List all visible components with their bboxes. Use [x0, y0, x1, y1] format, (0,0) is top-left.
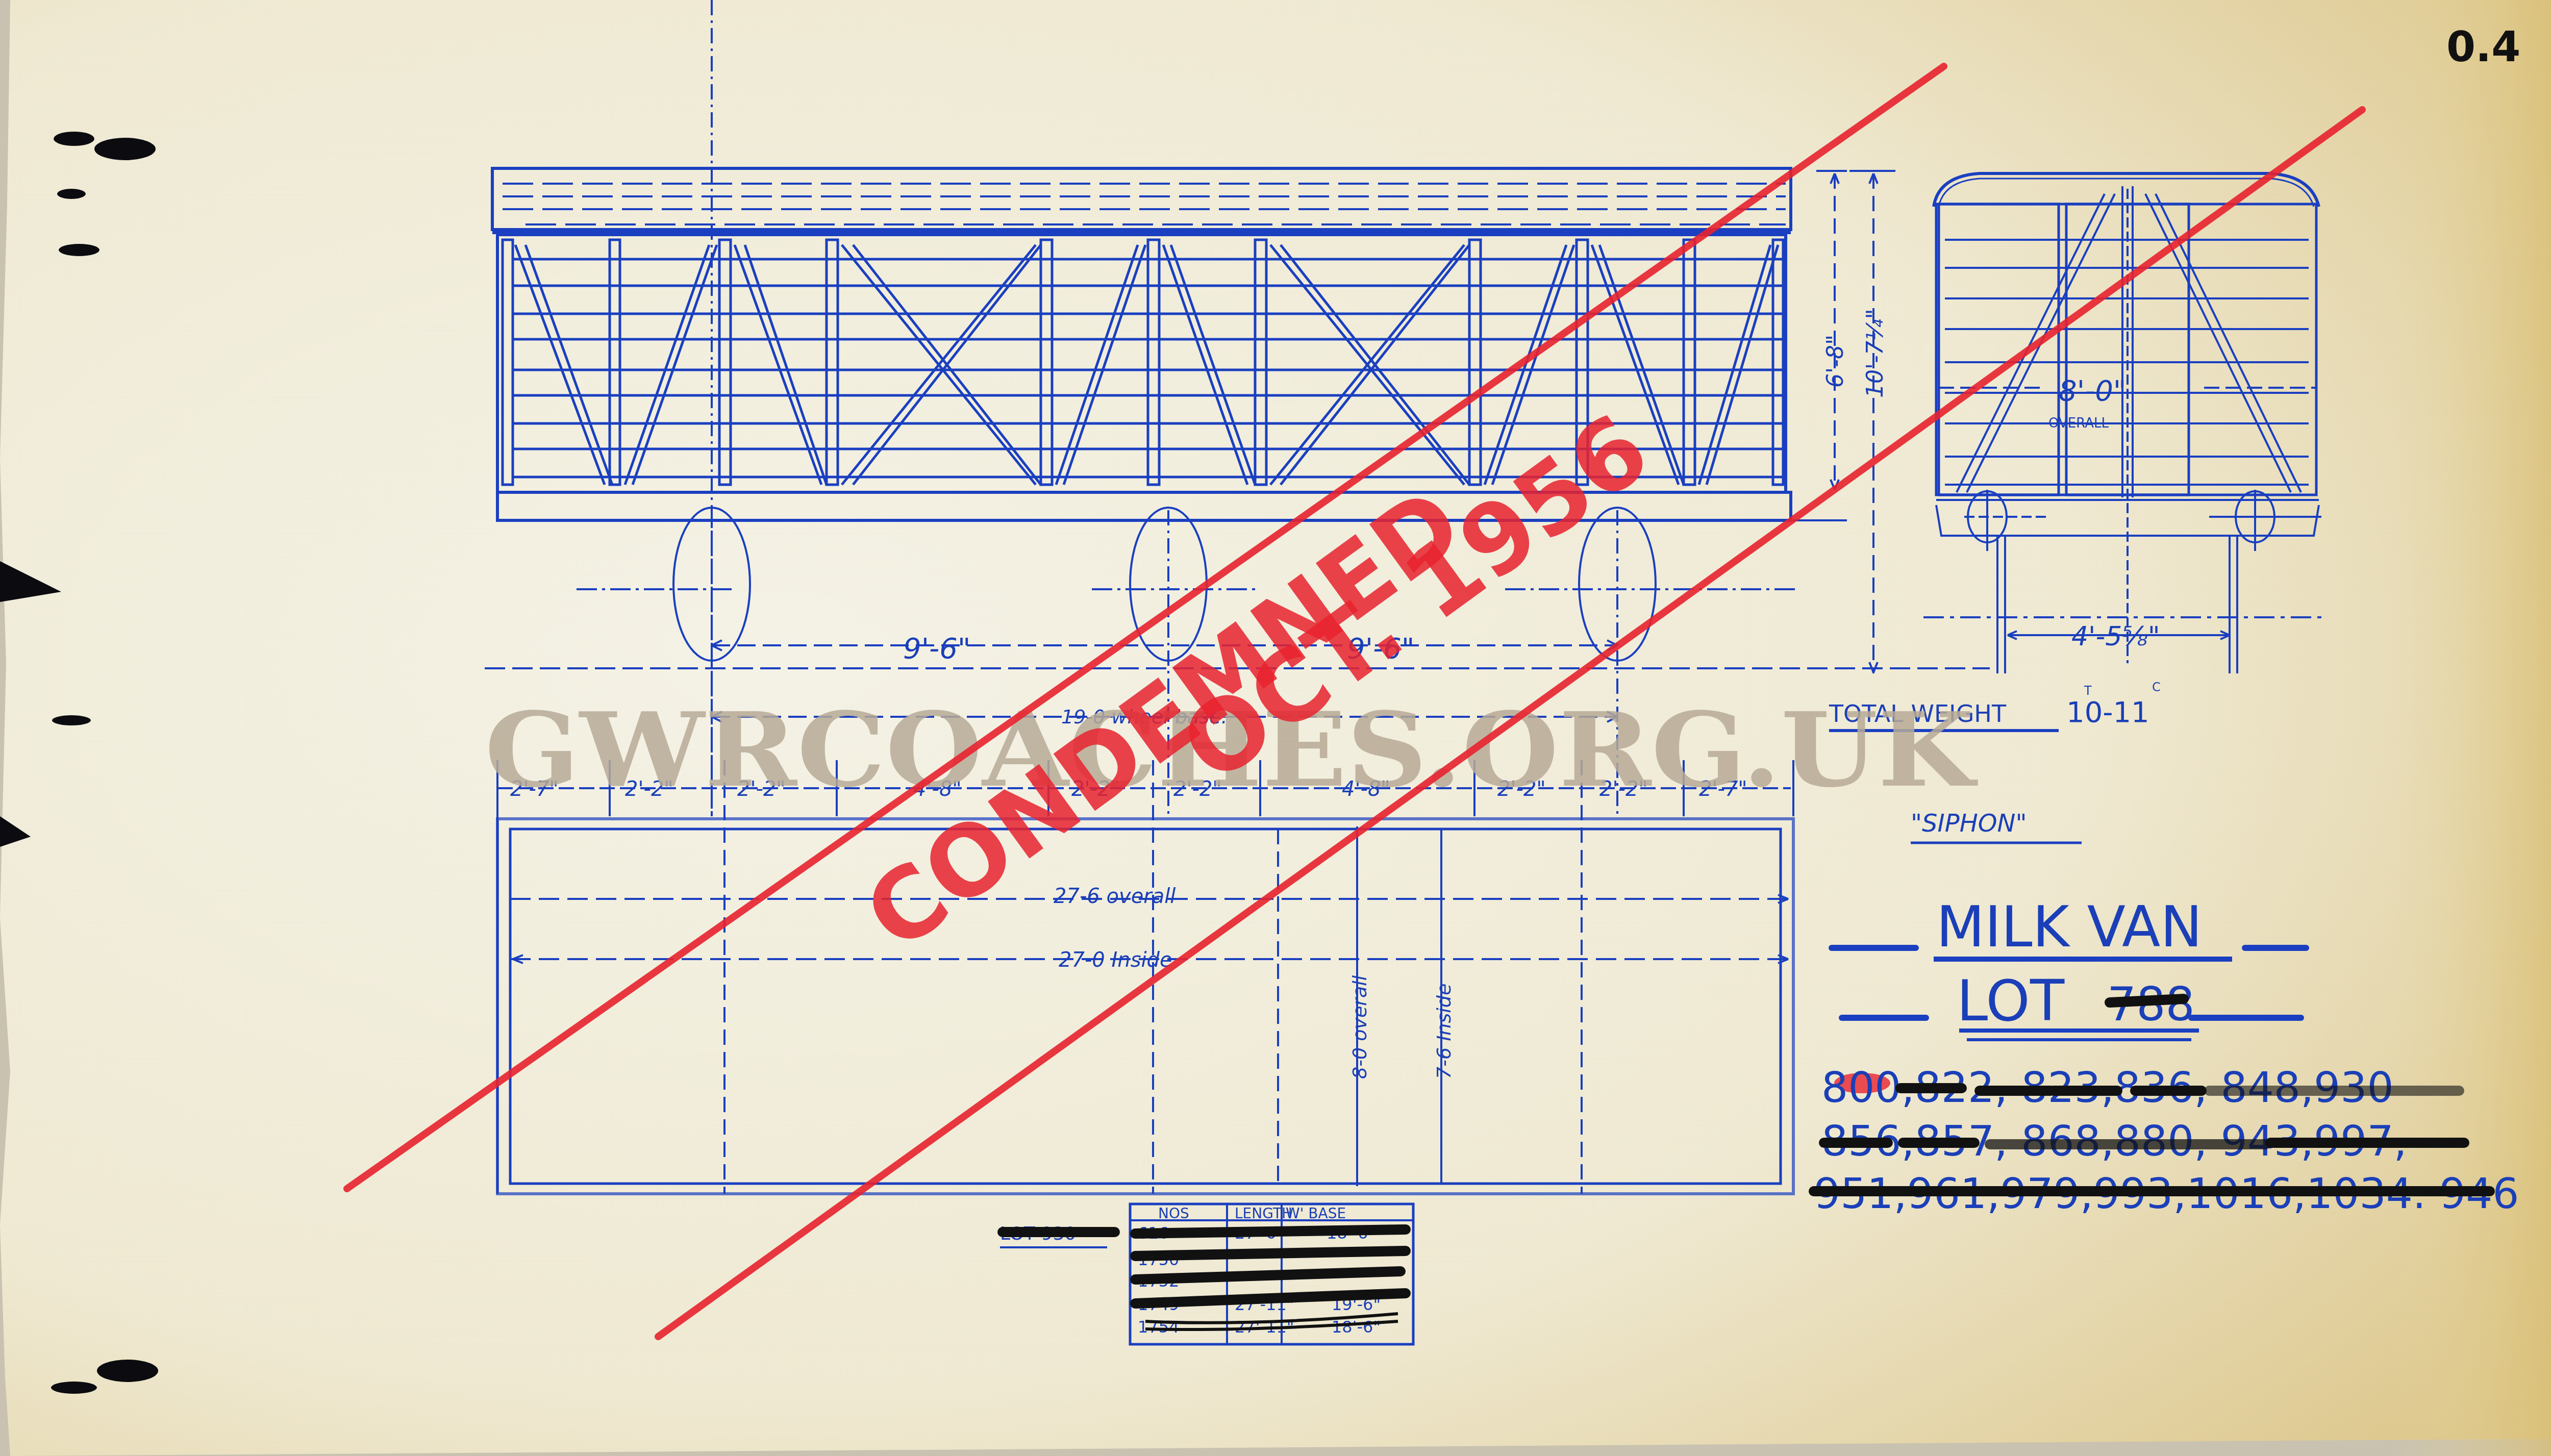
dim-end-width-note: OVERALL: [2048, 416, 2109, 431]
total-weight-cwt-unit: C: [2152, 680, 2161, 694]
total-weight-tons-unit: T: [2084, 684, 2092, 698]
title-milk-van: MILK VAN: [1936, 894, 2202, 960]
lot-table-row: 1754 27'-11" 18'-6": [1138, 1314, 1398, 1337]
dim-overall-height: 10'-7¼": [1862, 309, 1888, 398]
lot-table-header-nos: NOS: [1158, 1205, 1189, 1222]
lot-number-list: 800,822, 823,836, 848,930 856,857, 868,8…: [1814, 1064, 2519, 1218]
lot-table-row: 1749 27'-11" 19'-6": [1135, 1293, 1406, 1314]
total-weight-value: 10-11: [2066, 696, 2149, 729]
title-lot-label: LOT: [1957, 968, 2065, 1034]
paper-aging: [1939, 0, 2551, 1456]
dim-wheel-spacing-1: 9'-6": [903, 632, 971, 665]
plan-width-overall: 8-0 overall: [1348, 975, 1371, 1079]
plan-width-inside: 7-6 Inside: [1433, 984, 1455, 1079]
plan-length-inside: 27-0 Inside: [1059, 948, 1172, 972]
lot-table-header-wbase: W' BASE: [1286, 1205, 1346, 1222]
svg-text:1754: 1754: [1138, 1317, 1179, 1337]
plan-length-overall: 27-6 overall: [1054, 885, 1176, 908]
svg-text:18'-6": 18'-6": [1332, 1317, 1381, 1337]
dim-end-width: 8'-0": [2059, 374, 2127, 408]
lot-table-header-length: LENGTH: [1235, 1205, 1292, 1222]
nickname-siphon: "SIPHON": [1911, 809, 2027, 838]
blueprint-sheet: 0.4: [0, 0, 2551, 1456]
dim-gauge: 4'-5⅝": [2071, 621, 2160, 652]
drawing-canvas: 0.4: [0, 0, 2551, 1456]
page-reference: 0.4: [2446, 23, 2520, 71]
dim-body-height: 6'-8": [1822, 335, 1848, 388]
